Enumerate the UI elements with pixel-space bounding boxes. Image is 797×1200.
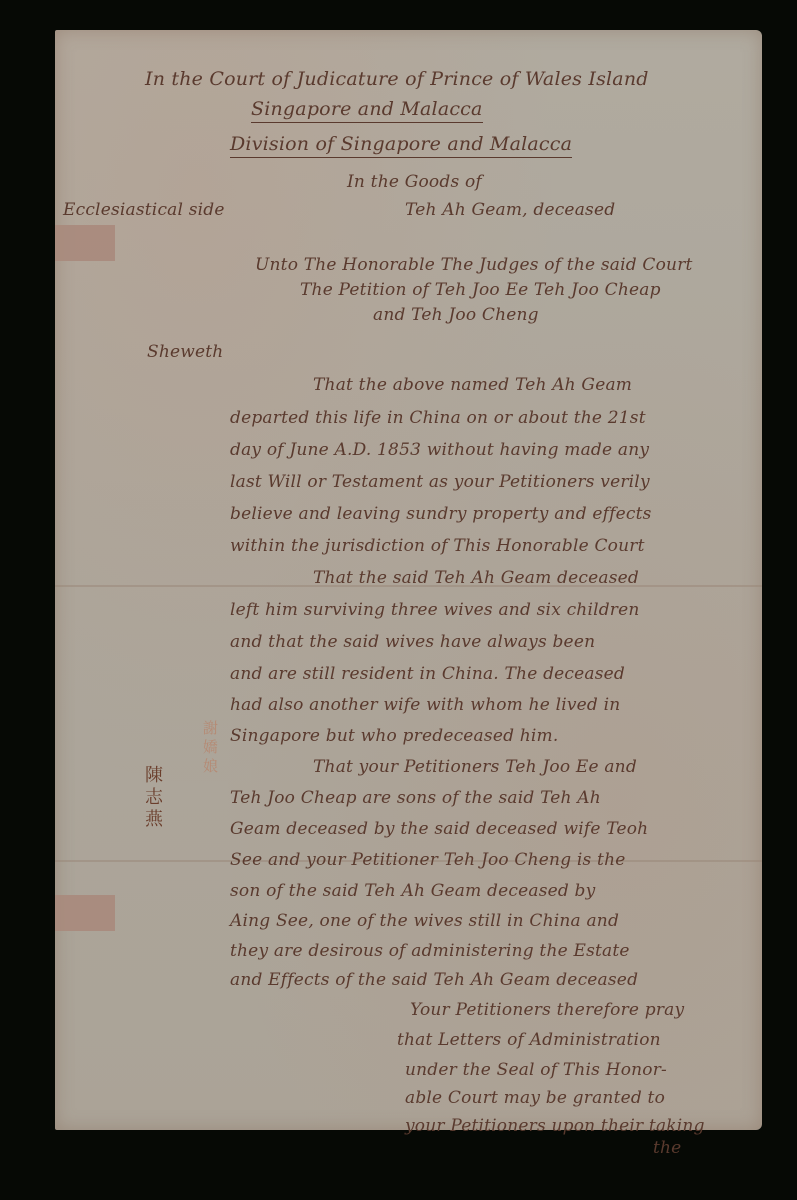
- court-subtitle: Singapore and Malacca: [251, 98, 483, 123]
- division-title: Division of Singapore and Malacca: [230, 133, 572, 158]
- binding-tab: [55, 895, 115, 931]
- body-line: the: [653, 1138, 681, 1158]
- body-line: That the said Teh Ah Geam deceased: [313, 568, 639, 588]
- address-line: The Petition of Teh Joo Ee Teh Joo Cheap: [300, 280, 661, 300]
- body-line: departed this life in China on or about …: [230, 408, 646, 428]
- address-line: Unto The Honorable The Judges of the sai…: [255, 255, 693, 275]
- body-line: they are desirous of administering the E…: [230, 941, 630, 961]
- body-line: Geam deceased by the said deceased wife …: [230, 819, 648, 839]
- body-line: Aing See, one of the wives still in Chin…: [230, 911, 619, 931]
- body-line: That the above named Teh Ah Geam: [313, 375, 632, 395]
- body-line: Your Petitioners therefore pray: [410, 1000, 684, 1020]
- chinese-annotation-faint: 謝嬌娘: [200, 720, 221, 777]
- body-line: and that the said wives have always been: [230, 632, 595, 652]
- deceased-name: Teh Ah Geam, deceased: [405, 200, 615, 220]
- sheweth-label: Sheweth: [147, 342, 223, 362]
- body-line: your Petitioners upon their taking: [405, 1116, 705, 1136]
- body-line: believe and leaving sundry property and …: [230, 504, 652, 524]
- body-line: able Court may be granted to: [405, 1088, 665, 1108]
- body-line: under the Seal of This Honor-: [405, 1060, 667, 1080]
- body-line: last Will or Testament as your Petitione…: [230, 472, 650, 492]
- body-line: that Letters of Administration: [397, 1030, 661, 1050]
- address-line: and Teh Joo Cheng: [373, 305, 539, 325]
- body-line: That your Petitioners Teh Joo Ee and: [313, 757, 637, 777]
- body-line: See and your Petitioner Teh Joo Cheng is…: [230, 850, 625, 870]
- body-line: Singapore but who predeceased him.: [230, 726, 558, 746]
- body-line: within the jurisdiction of This Honorabl…: [230, 536, 645, 556]
- body-line: and are still resident in China. The dec…: [230, 664, 625, 684]
- court-title: In the Court of Judicature of Prince of …: [145, 68, 649, 90]
- body-line: and Effects of the said Teh Ah Geam dece…: [230, 970, 638, 990]
- body-line: Teh Joo Cheap are sons of the said Teh A…: [230, 788, 601, 808]
- goods-of-label: In the Goods of: [347, 172, 482, 192]
- body-line: left him surviving three wives and six c…: [230, 600, 640, 620]
- binding-tab: [55, 225, 115, 261]
- body-line: son of the said Teh Ah Geam deceased by: [230, 881, 595, 901]
- body-line: had also another wife with whom he lived…: [230, 695, 620, 715]
- document-page: In the Court of Judicature of Prince of …: [55, 30, 762, 1130]
- chinese-annotation: 陳志燕: [139, 765, 165, 831]
- body-line: day of June A.D. 1853 without having mad…: [230, 440, 649, 460]
- side-label: Ecclesiastical side: [63, 200, 225, 220]
